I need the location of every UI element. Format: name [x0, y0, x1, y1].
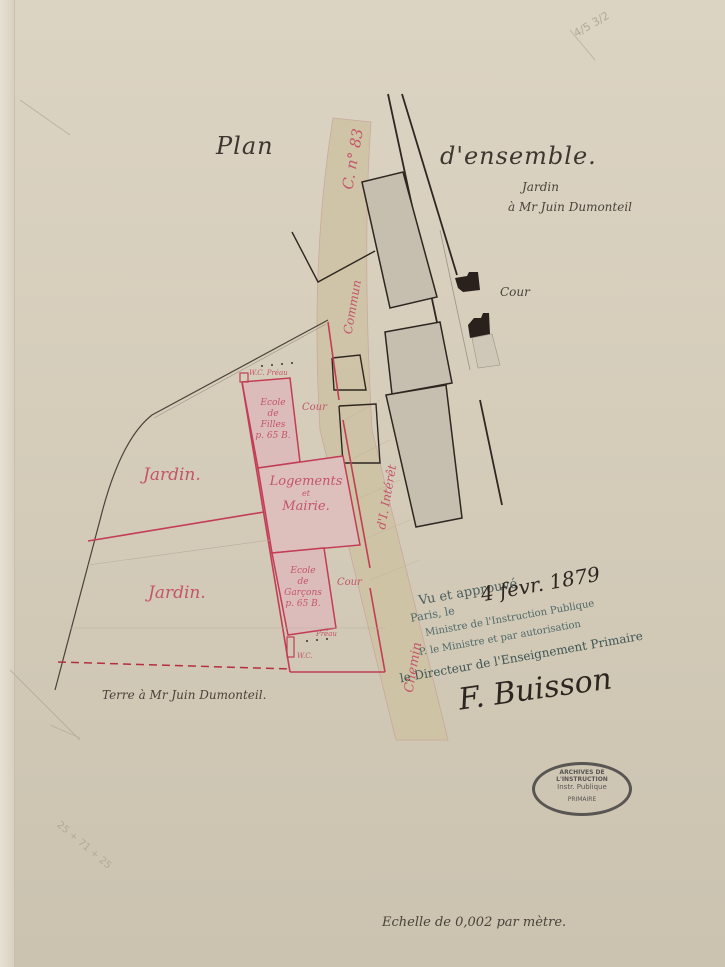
jardin-lower-label: Jardin.	[148, 583, 206, 603]
cour-garcons-label: Cour	[337, 577, 362, 588]
ecole-filles-line: p. 65 B.	[252, 431, 294, 442]
logements-mairie-label: Logements et Mairie.	[262, 473, 350, 515]
ecole-filles-line: de	[252, 409, 294, 420]
archive-stamp: ARCHIVES DE L'INSTRUCTION Instr. Publiqu…	[532, 762, 632, 816]
ecole-filles-line: Filles	[252, 420, 294, 431]
building-black-1	[455, 272, 480, 292]
logements-line: Mairie.	[262, 498, 350, 515]
terre-owner-label: Terre à Mr Juin Dumonteil.	[102, 688, 266, 702]
cour-filles-label: Cour	[302, 402, 327, 413]
ecole-garcons-line: de	[282, 577, 324, 588]
wc-preau-top-label: W.C. Préau	[249, 369, 288, 377]
cour-right-label: Cour	[500, 285, 530, 299]
logements-line: et	[262, 490, 350, 498]
stamp-bottom-text: PRIMAIRE	[535, 796, 629, 803]
ecole-garcons-line: Garçons	[282, 588, 324, 599]
title-plan: Plan	[216, 132, 274, 160]
preau-bottom-label: Préau	[316, 630, 337, 638]
plan-sheet: Plan d'ensemble. C. n° 83 Commun d'I. In…	[0, 0, 725, 967]
ecole-garcons-line: Ecole	[282, 566, 324, 577]
neighbor-owner-label: à Mr Juin Dumonteil	[508, 200, 632, 214]
stamp-middle-text: Instr. Publique	[535, 783, 629, 791]
wc-bottom-label: W.C.	[297, 652, 313, 660]
ecole-garcons-label: Ecole de Garçons p. 65 B.	[282, 566, 324, 610]
building-black-2	[468, 313, 490, 338]
scale-label: Echelle de 0,002 par mètre.	[382, 915, 566, 930]
neighbor-jardin-label: Jardin	[522, 180, 559, 194]
stamp-top-text: ARCHIVES DE L'INSTRUCTION	[535, 769, 629, 783]
logements-line: Logements	[262, 473, 350, 490]
ecole-filles-label: Ecole de Filles p. 65 B.	[252, 398, 294, 442]
ecole-filles-line: Ecole	[252, 398, 294, 409]
ecole-garcons-line: p. 65 B.	[282, 599, 324, 610]
jardin-upper-label: Jardin.	[143, 465, 201, 485]
title-ensemble: d'ensemble.	[440, 142, 597, 170]
